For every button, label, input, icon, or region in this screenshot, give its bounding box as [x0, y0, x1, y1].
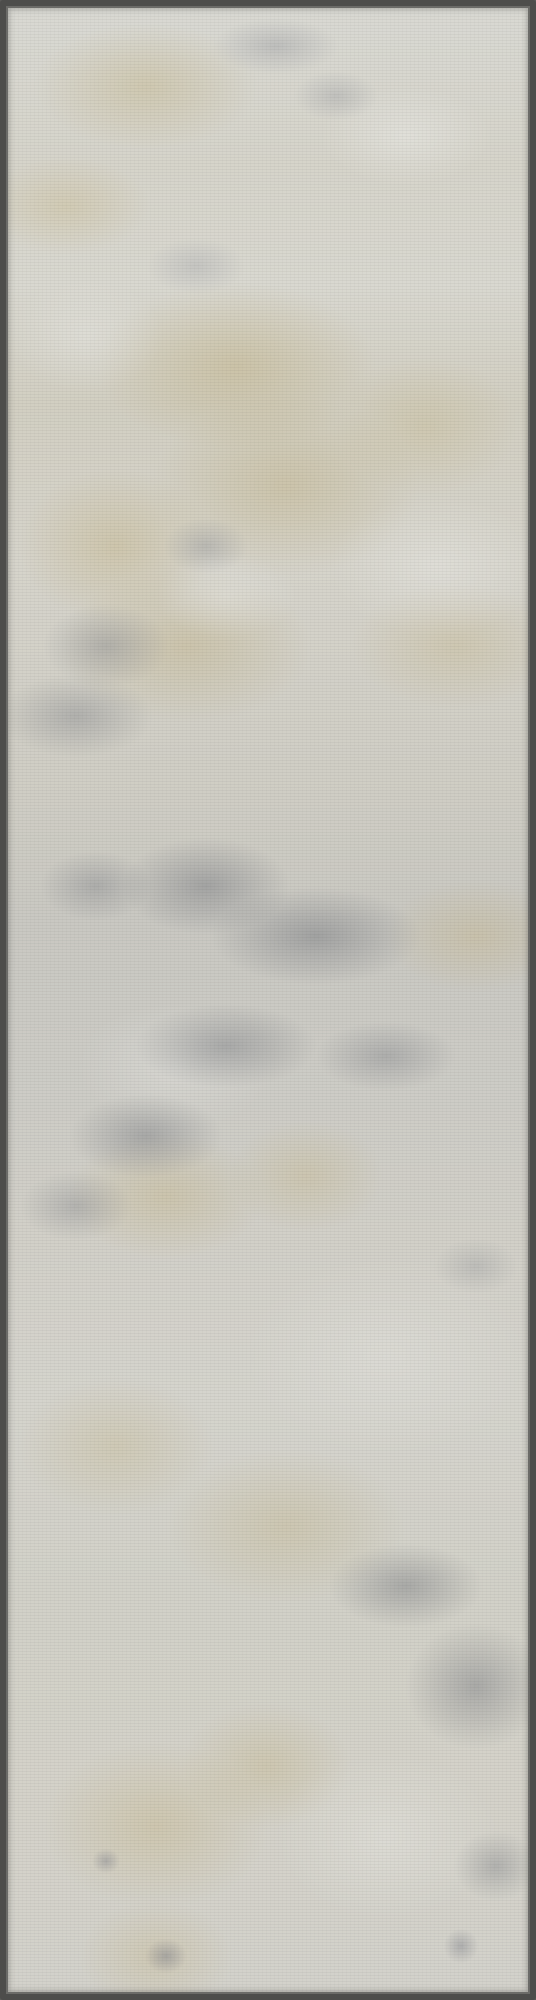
rug-base-field	[6, 6, 530, 1994]
rug-weave-texture	[6, 6, 530, 1994]
rug-grey-distressed-pattern	[6, 6, 530, 1994]
rug-ivory-highlights	[6, 6, 530, 1994]
rug-beige-pattern	[6, 6, 530, 1994]
runner-rug	[0, 0, 536, 2000]
